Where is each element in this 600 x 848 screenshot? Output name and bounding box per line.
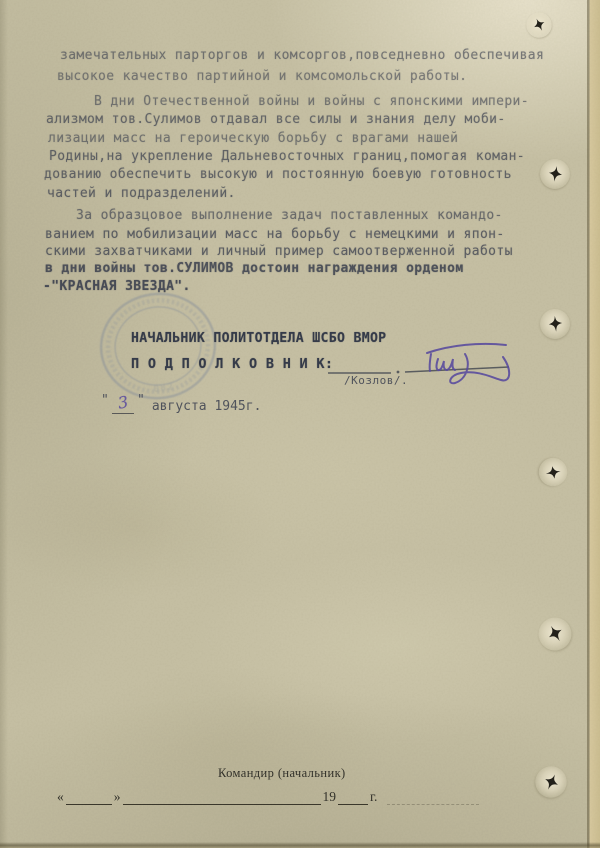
typewritten-line: Родины,на укрепление Дальневосточных гра… xyxy=(49,150,525,164)
typewritten-line: замечательных парторгов и комсоргов,повс… xyxy=(60,49,544,63)
date-line: " 3 " августа 1945г. xyxy=(100,393,261,414)
footer-date-form-line: « » 19 г. xyxy=(55,789,479,805)
footer-faint-dotted-line xyxy=(387,790,479,805)
footer-year-blank xyxy=(338,790,368,805)
scanned-document-page: 082 замечательных парторгов и комсоргов,… xyxy=(0,0,600,848)
punch-hole-icon xyxy=(536,455,569,488)
typewritten-line: За образцовое выполнение задач поставлен… xyxy=(76,209,503,223)
typewritten-line: ализмом тов.Сулимов отдавал все силы и з… xyxy=(46,113,506,127)
signatory-rank-line: П О Д П О Л К О В Н И К: xyxy=(131,356,333,372)
typewritten-line: ванием по мобилизации масс на борьбу с н… xyxy=(45,228,505,242)
page-bottom-edge xyxy=(0,842,600,848)
typewritten-line: высокое качество партийной и комсомольск… xyxy=(57,70,467,84)
footer-year-prefix: 19 xyxy=(321,789,339,805)
date-close-quote: " xyxy=(136,393,146,408)
torn-hole-star-shape xyxy=(545,314,566,335)
page-right-edge xyxy=(587,0,600,848)
typewritten-line: в дни войны тов.СУЛИМОВ достоин награжде… xyxy=(45,262,464,276)
punch-hole-icon xyxy=(530,761,572,803)
punch-hole-icon xyxy=(522,8,556,42)
footer-open-quote: « xyxy=(55,789,66,805)
torn-hole-star-shape xyxy=(538,769,565,796)
typewritten-line: скими захватчиками и личный пример самоо… xyxy=(45,245,513,259)
handwritten-day-underline: 3 xyxy=(112,393,134,414)
footer-year-suffix: г. xyxy=(368,789,379,805)
paper-grain-texture xyxy=(0,0,600,848)
punch-hole-icon xyxy=(539,308,572,341)
punch-hole-icon xyxy=(538,157,573,192)
typewritten-line: частей и подразделений. xyxy=(47,187,236,201)
footer-day-blank xyxy=(66,790,112,805)
date-month-year: августа 1945г. xyxy=(152,399,262,414)
page-left-edge-shadow xyxy=(0,0,8,848)
typewritten-line: лизации масс на героическую борьбу с вра… xyxy=(48,132,458,146)
footer-month-blank xyxy=(123,790,321,805)
torn-hole-star-shape xyxy=(541,620,570,649)
typewritten-line: дованию обеспечить высокую и постоянную … xyxy=(44,168,512,182)
punch-hole-icon xyxy=(532,611,577,656)
typewritten-line: В дни Отечественной войны и войны с япон… xyxy=(94,95,529,109)
date-open-quote: " xyxy=(100,393,110,408)
commander-label: Командир (начальник) xyxy=(218,766,346,781)
footer-close-quote: » xyxy=(112,789,123,805)
torn-hole-star-shape xyxy=(543,462,564,483)
torn-hole-star-shape xyxy=(544,163,566,185)
torn-hole-star-shape xyxy=(528,14,549,35)
handwritten-signature xyxy=(315,332,525,396)
handwritten-day: 3 xyxy=(116,392,129,412)
